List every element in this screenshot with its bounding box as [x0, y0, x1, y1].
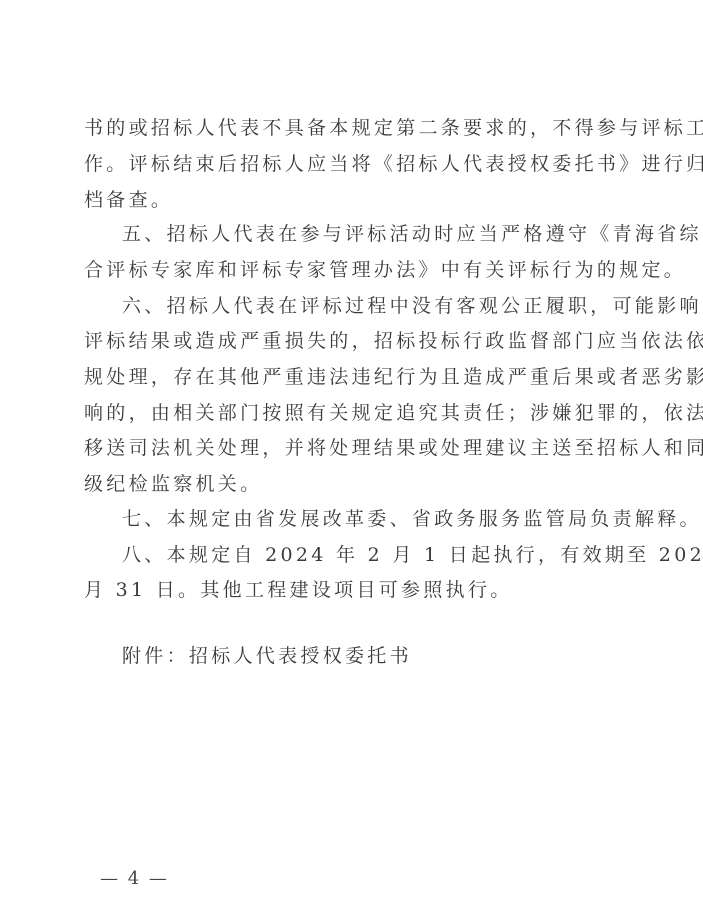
- paragraph-continuation-line-3: 档备查。: [84, 188, 173, 212]
- article-5-line-2: 合评标专家库和评标专家管理办法》中有关评标行为的规定。: [84, 258, 686, 282]
- attachment-label: 附件：招标人代表授权委托书: [122, 644, 412, 668]
- article-6-line-6: 级纪检监察机关。: [84, 472, 262, 496]
- paragraph-continuation-line-1: 书的或招标人代表不具备本规定第二条要求的，不得参与评标工: [84, 116, 703, 140]
- paragraph-continuation-line-2: 作。评标结束后招标人应当将《招标人代表授权委托书》进行归: [84, 152, 703, 176]
- article-6-line-4: 响的，由相关部门按照有关规定追究其责任；涉嫌犯罪的，依法: [84, 401, 703, 425]
- page-number: — 4 —: [100, 868, 169, 889]
- article-6-line-1: 六、招标人代表在评标过程中没有客观公正履职，可能影响: [122, 294, 702, 318]
- article-6-line-2: 评标结果或造成严重损失的，招标投标行政监督部门应当依法依: [84, 329, 703, 353]
- article-7-line-1: 七、本规定由省发展改革委、省政务服务监管局负责解释。: [122, 507, 702, 531]
- article-6-line-5: 移送司法机关处理，并将处理结果或处理建议主送至招标人和同: [84, 436, 703, 460]
- article-5-line-1: 五、招标人代表在参与评标活动时应当严格遵守《青海省综: [122, 222, 702, 246]
- article-8-line-2: 月 31 日。其他工程建设项目可参照执行。: [84, 578, 513, 602]
- article-8-line-1: 八、本规定自 2024 年 2 月 1 日起执行，有效期至 2029 年 1: [122, 543, 703, 567]
- document-page: 书的或招标人代表不具备本规定第二条要求的，不得参与评标工 作。评标结束后招标人应…: [0, 0, 703, 906]
- article-6-line-3: 规处理，存在其他严重违法违纪行为且造成严重后果或者恶劣影: [84, 365, 703, 389]
